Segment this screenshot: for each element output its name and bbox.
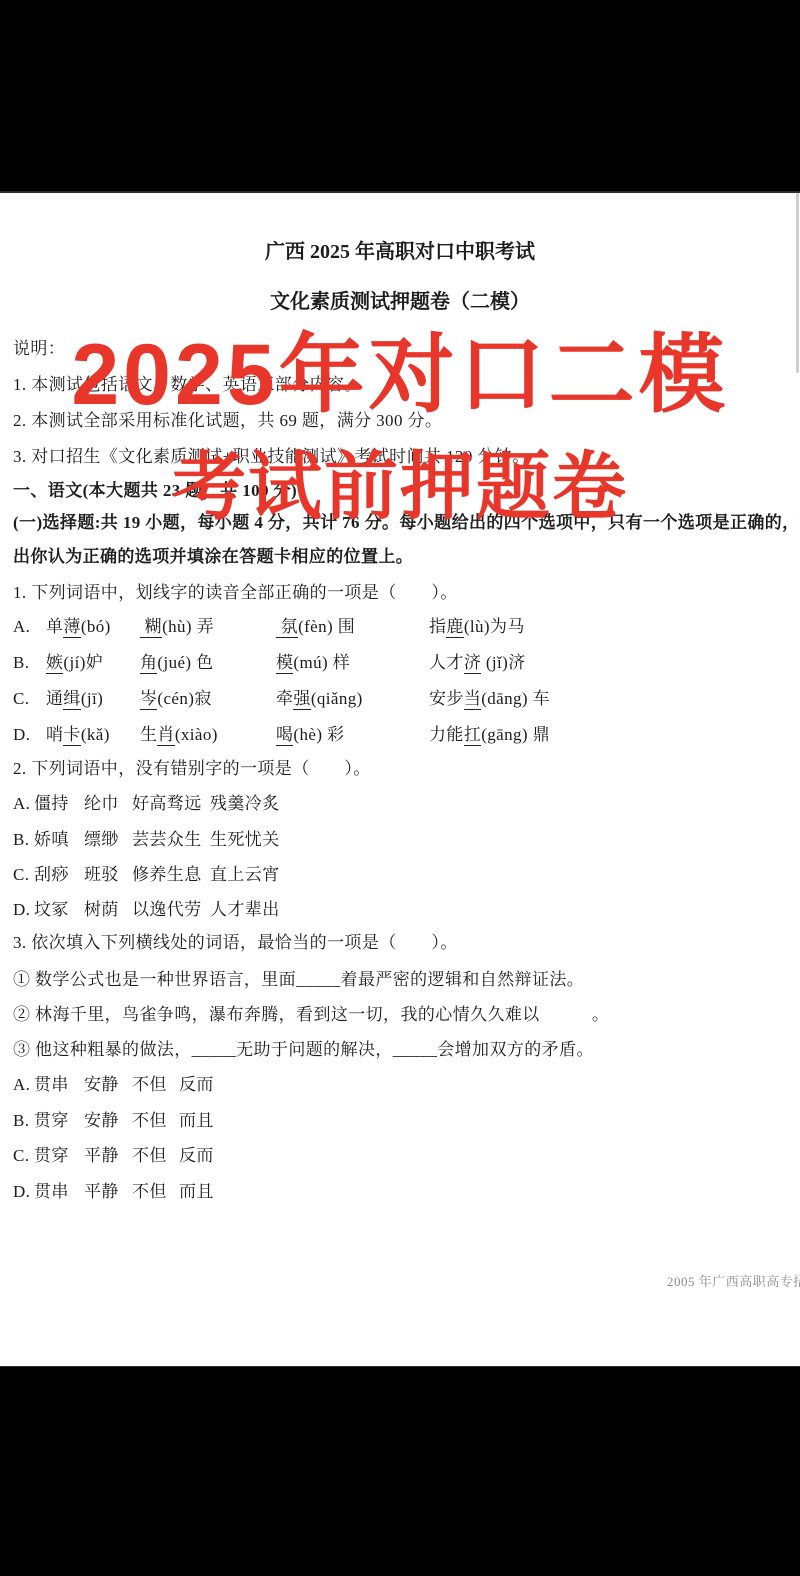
option-cell: A. xyxy=(13,617,46,636)
option-cell: 喝(hè) 彩 xyxy=(276,725,429,744)
option-cell: 角(jué) 色 xyxy=(140,653,276,672)
option-cell: 贯串 xyxy=(34,1075,84,1094)
option-cell: D. xyxy=(13,1182,34,1201)
option-cell: 直上云宵 xyxy=(210,865,280,884)
option-cell: B. xyxy=(13,653,46,672)
option-cell: 指鹿(lù)为马 xyxy=(429,617,525,636)
option-cell: 贯穿 xyxy=(34,1111,84,1130)
option-cell: 刮痧 xyxy=(34,865,84,884)
question3-stem: 3. 依次填入下列横线处的词语，最恰当的一项是（ ）。 xyxy=(13,933,458,952)
option-cell: C. xyxy=(13,865,34,884)
option-cell: 安静 xyxy=(84,1111,132,1130)
option-cell: 氛(fèn) 围 xyxy=(276,617,429,636)
underlined-character: 嫉 xyxy=(46,653,63,674)
question1-option-a: A.单薄(bó) 糊(hù) 弄 氛(fèn) 围指鹿(lù)为马 xyxy=(13,617,525,636)
question2-option-b: B.娇嗔缥缈芸芸众生生死忧关 xyxy=(13,830,280,849)
option-cell: 而且 xyxy=(179,1111,214,1130)
option-cell: 班驳 xyxy=(84,865,132,884)
question1-option-d: D.哨卡(kǎ)生肖(xiào)喝(hè) 彩力能扛(gāng) 鼎 xyxy=(13,725,550,744)
option-cell: 僵持 xyxy=(34,794,84,813)
page-footer-text: 2005 年广西高职高专招 xyxy=(667,1271,800,1290)
option-cell: C. xyxy=(13,1146,34,1165)
option-cell: 残羹冷炙 xyxy=(210,794,280,813)
underlined-character: 喝 xyxy=(276,725,293,746)
choice-section-intro-line2: 出你认为正确的选项并填涂在答题卡相应的位置上。 xyxy=(13,547,413,566)
underlined-character: 济 xyxy=(464,653,481,674)
option-cell: 娇嗔 xyxy=(34,830,84,849)
option-cell: 而且 xyxy=(179,1182,214,1201)
option-cell: 力能扛(gāng) 鼎 xyxy=(429,725,550,744)
option-cell: 不但 xyxy=(132,1075,179,1094)
question2-option-a: A.僵持纶巾好高骛远残羹冷炙 xyxy=(13,794,280,813)
option-cell: 安步当(dāng) 车 xyxy=(429,689,550,708)
underlined-character: 糊 xyxy=(140,617,162,638)
underlined-character: 角 xyxy=(140,653,157,674)
option-cell: 模(mú) 样 xyxy=(276,653,429,672)
option-cell: A. xyxy=(13,1075,34,1094)
question2-option-d: D.坟冢树荫以逸代劳人才辈出 xyxy=(13,900,280,919)
option-cell: 人才济 (jǐ)济 xyxy=(429,653,526,672)
underlined-character: 卡 xyxy=(63,725,80,746)
option-cell: B. xyxy=(13,830,34,849)
question2-stem: 2. 下列词语中，没有错别字的一项是（ ）。 xyxy=(13,759,371,778)
question1-option-b: B.嫉(jí)妒角(jué) 色模(mú) 样人才济 (jǐ)济 xyxy=(13,653,526,672)
exam-title-line2: 文化素质测试押题卷（二模） xyxy=(0,293,800,312)
option-cell: 以逸代劳 xyxy=(132,900,210,919)
underlined-character: 扛 xyxy=(464,725,481,746)
option-cell: C. xyxy=(13,689,46,708)
red-watermark-line2: 考试前押题卷 xyxy=(0,450,800,524)
option-cell: 修养生息 xyxy=(132,865,210,884)
question2-option-c: C.刮痧班驳修养生息直上云宵 xyxy=(13,865,280,884)
option-cell: 贯串 xyxy=(34,1182,84,1201)
option-cell: 树荫 xyxy=(84,900,132,919)
option-cell: 纶巾 xyxy=(84,794,132,813)
option-cell: 平静 xyxy=(84,1146,132,1165)
underlined-character: 缉 xyxy=(63,689,80,710)
option-cell: A. xyxy=(13,794,34,813)
exam-title-line1: 广西 2025 年高职对口中职考试 xyxy=(0,243,800,262)
option-cell: 好高骛远 xyxy=(132,794,210,813)
option-cell: 生死忧关 xyxy=(210,830,280,849)
letterbox-bottom-bar xyxy=(0,1366,800,1576)
screenshot-root: 广西 2025 年高职对口中职考试 文化素质测试押题卷（二模） 说明： 1. 本… xyxy=(0,0,800,1576)
option-cell: 单薄(bó) xyxy=(46,617,140,636)
question3-sentence-2: ② 林海千里，鸟雀争鸣，瀑布奔腾，看到这一切，我的心情久久难以 。 xyxy=(13,1005,609,1024)
underlined-character: 薄 xyxy=(63,617,80,638)
option-cell: 岑(cén)寂 xyxy=(140,689,276,708)
question3-option-c: C.贯穿平静不但反而 xyxy=(13,1146,214,1165)
underlined-character: 强 xyxy=(293,689,310,710)
option-cell: 反而 xyxy=(179,1075,214,1094)
question3-sentence-1: ① 数学公式也是一种世界语言，里面_____着最严密的逻辑和自然辩证法。 xyxy=(13,970,584,989)
question3-option-d: D.贯串平静不但而且 xyxy=(13,1182,214,1201)
option-cell: 哨卡(kǎ) xyxy=(46,725,140,744)
underlined-character: 肖 xyxy=(157,725,174,746)
option-cell: 不但 xyxy=(132,1182,179,1201)
option-cell: 糊(hù) 弄 xyxy=(140,617,276,636)
question1-option-c: C.通缉(jī)岑(cén)寂牵强(qiǎng)安步当(dāng) 车 xyxy=(13,689,550,708)
option-cell: 安静 xyxy=(84,1075,132,1094)
option-cell: 芸芸众生 xyxy=(132,830,210,849)
option-cell: 牵强(qiǎng) xyxy=(276,689,429,708)
option-cell: 生肖(xiào) xyxy=(140,725,276,744)
option-cell: 贯穿 xyxy=(34,1146,84,1165)
question3-option-a: A.贯串安静不但反而 xyxy=(13,1075,214,1094)
question3-sentence-3: ③ 他这种粗暴的做法，_____无助于问题的解决，_____会增加双方的矛盾。 xyxy=(13,1040,594,1059)
option-cell: 反而 xyxy=(179,1146,214,1165)
option-cell: 通缉(jī) xyxy=(46,689,140,708)
underlined-character: 氛 xyxy=(276,617,298,638)
underlined-character: 模 xyxy=(276,653,293,674)
option-cell: B. xyxy=(13,1111,34,1130)
letterbox-top-bar xyxy=(0,0,800,193)
underlined-character: 岑 xyxy=(140,689,157,710)
option-cell: 平静 xyxy=(84,1182,132,1201)
option-cell: D. xyxy=(13,900,34,919)
underlined-character: 鹿 xyxy=(446,617,463,638)
question3-option-b: B.贯穿安静不但而且 xyxy=(13,1111,214,1130)
option-cell: 缥缈 xyxy=(84,830,132,849)
red-watermark-line1: 2025年对口二模 xyxy=(0,332,800,418)
underlined-character: 当 xyxy=(464,689,481,710)
option-cell: 嫉(jí)妒 xyxy=(46,653,140,672)
option-cell: 不但 xyxy=(132,1111,179,1130)
option-cell: 坟冢 xyxy=(34,900,84,919)
question1-stem: 1. 下列词语中，划线字的读音全部正确的一项是（ ）。 xyxy=(13,583,458,602)
option-cell: 不但 xyxy=(132,1146,179,1165)
option-cell: D. xyxy=(13,725,46,744)
option-cell: 人才辈出 xyxy=(210,900,280,919)
